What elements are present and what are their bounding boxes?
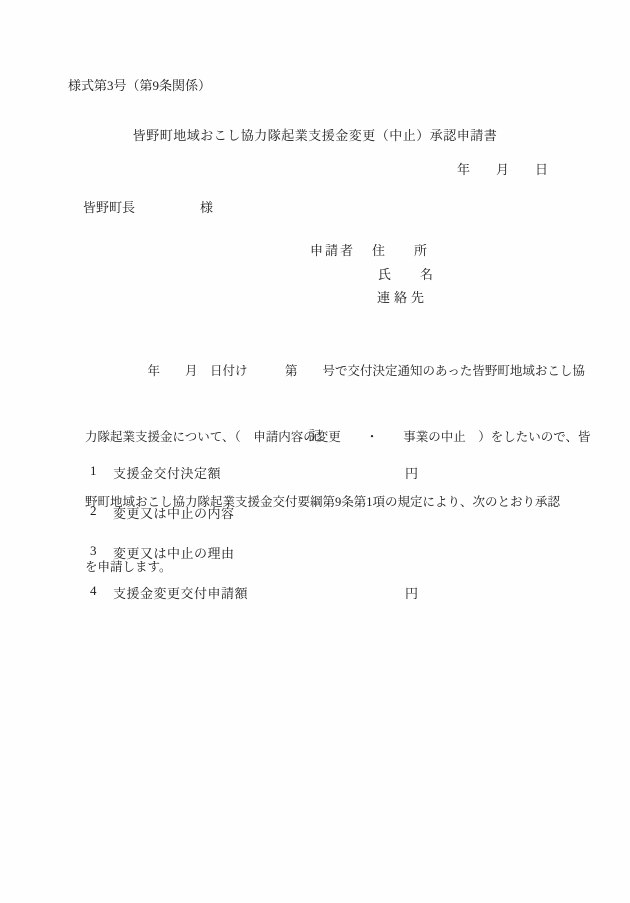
body-line: 年 月 日付け 第 号で交付決定通知のあった皆野町地域おこし協 xyxy=(85,361,575,383)
item-label: 支援金交付決定額 xyxy=(113,463,221,482)
item-unit: 円 xyxy=(405,583,418,602)
item-row-1: 1 支援金交付決定額 円 xyxy=(0,463,630,481)
item-row-3: 3 変更又は中止の理由 xyxy=(0,543,630,561)
item-number: 1 xyxy=(90,463,97,479)
document-page: 様式第3号（第9条関係） 皆野町地域おこし協力隊起業支援金変更（中止）承認申請書… xyxy=(0,0,630,903)
item-unit: 円 xyxy=(405,463,418,482)
addressee-line: 皆野町長 様 xyxy=(83,197,213,216)
document-title: 皆野町地域おこし協力隊起業支援金変更（中止）承認申請書 xyxy=(0,125,630,144)
applicant-label: 申請者 xyxy=(310,240,355,259)
date-line: 年 月 日 xyxy=(457,159,548,178)
applicant-name-field: 氏 名 xyxy=(378,264,441,283)
applicant-address-field: 住 所 xyxy=(372,240,435,259)
item-label: 変更又は中止の理由 xyxy=(113,543,235,562)
form-number: 様式第3号（第9条関係） xyxy=(68,75,211,94)
item-number: 4 xyxy=(90,583,97,599)
ki-marker: 記 xyxy=(0,425,630,444)
applicant-contact-field: 連絡先 xyxy=(377,287,428,306)
item-label: 変更又は中止の内容 xyxy=(113,503,235,522)
item-number: 2 xyxy=(90,503,97,519)
item-label: 支援金変更交付申請額 xyxy=(113,583,248,602)
item-number: 3 xyxy=(90,543,97,559)
item-row-4: 4 支援金変更交付申請額 円 xyxy=(0,583,630,601)
item-row-2: 2 変更又は中止の内容 xyxy=(0,503,630,521)
